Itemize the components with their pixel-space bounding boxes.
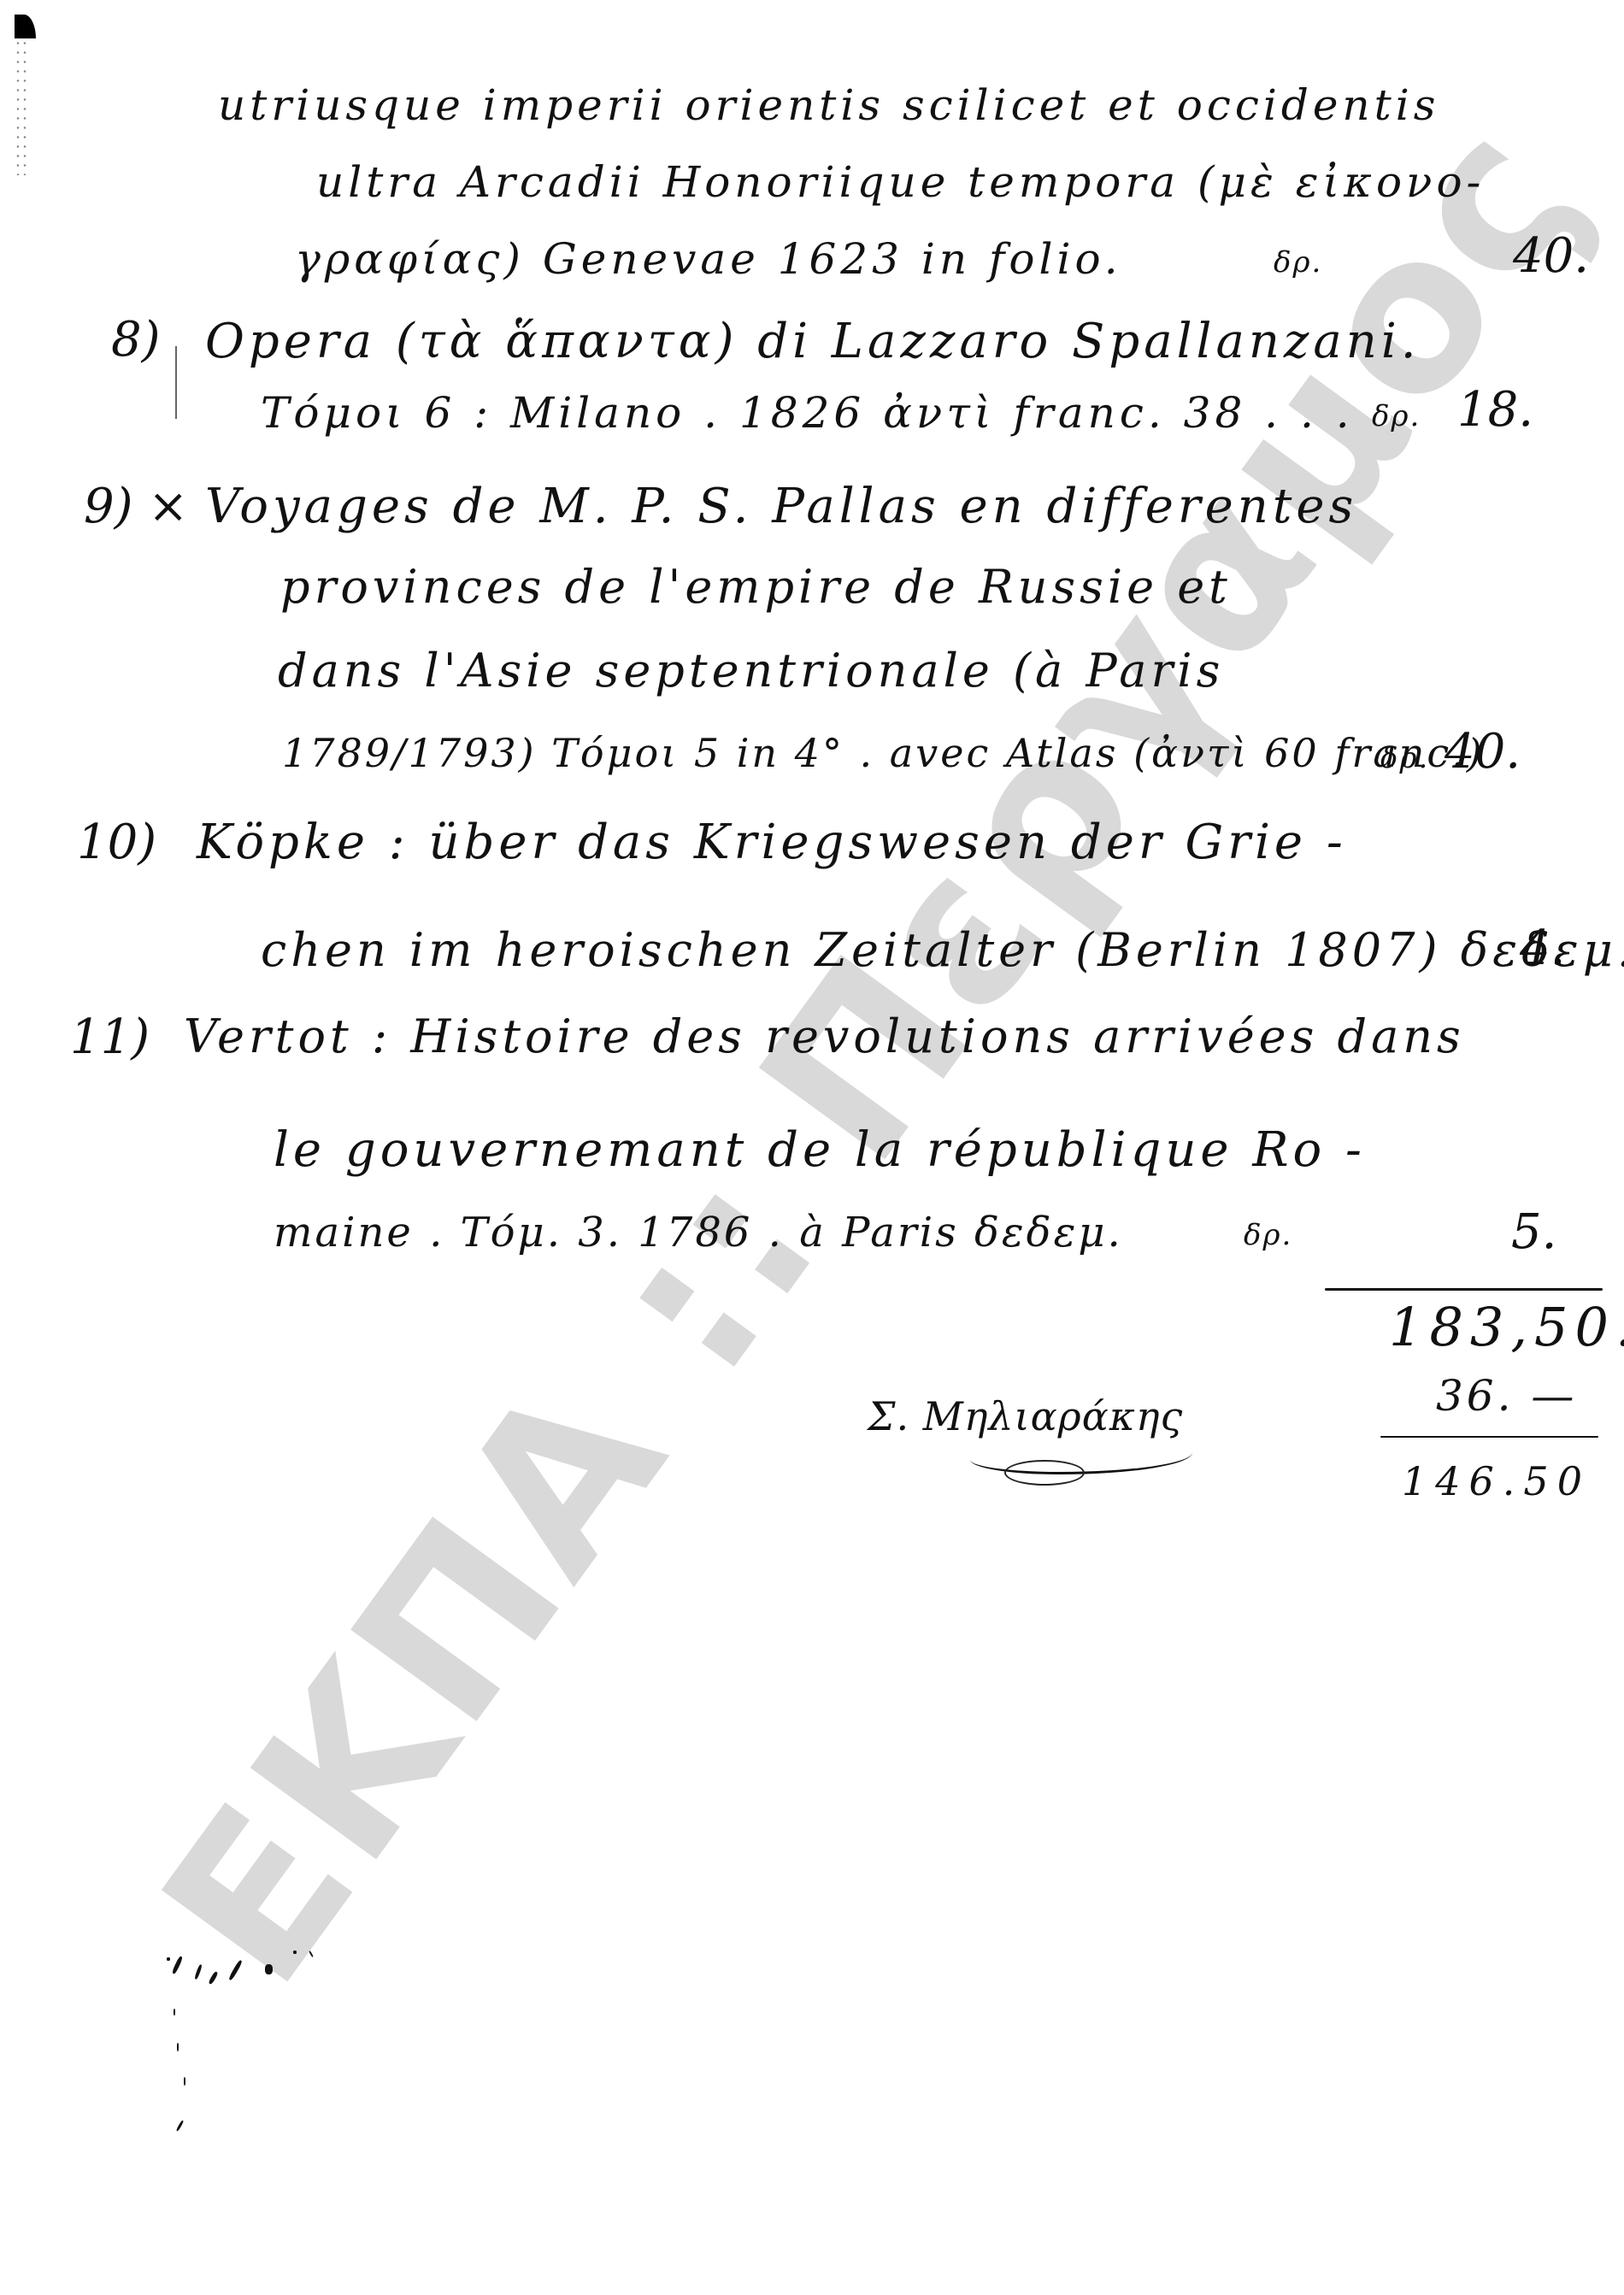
item-10-number: 10) — [77, 819, 156, 867]
line-9-text: 1789/1793) Τόμοι 5 in 4° . avec Atlas (ἀ… — [282, 733, 1485, 773]
item-9-title: Voyages de M. P. S. Pallas en differente… — [205, 483, 1357, 531]
sum-rule — [1325, 1288, 1603, 1291]
item-8-number: 8) — [111, 316, 160, 364]
line-11-amount: 4. — [1520, 925, 1565, 973]
signature-text: Σ. Μηλιαράκης — [868, 1393, 1183, 1439]
line-9-amount: 40. — [1445, 728, 1521, 776]
scan-edge-noise — [15, 38, 28, 175]
stray-ink-marks — [158, 1949, 329, 2154]
line-5-currency: δρ. — [1372, 402, 1421, 431]
line-3-text: γραφίας) Genevae 1623 in folio. — [295, 238, 1122, 280]
line-3-amount: 40. — [1513, 232, 1589, 280]
item-11-title: Vertot : Histoire des revolutions arrivé… — [184, 1014, 1465, 1060]
line-8-text: dans l'Asie septentrionale (à Paris — [278, 648, 1224, 694]
line-14-currency: δρ. — [1244, 1221, 1292, 1250]
line-2-text: ultra Arcadii Honoriique tempora (μὲ εἰκ… — [316, 161, 1485, 203]
line-13-text: le gouvernemant de la république Ro - — [274, 1127, 1366, 1174]
line-7-text: provinces de l'empire de Russie et — [280, 564, 1232, 610]
scan-corner-mark — [15, 15, 36, 38]
line-1-text: utriusque imperii orientis scilicet et o… — [218, 84, 1439, 127]
item-11-number: 11) — [70, 1014, 150, 1062]
line-3-currency: δρ. — [1274, 248, 1322, 277]
item-8-title: Opera (τὰ ἅπαντα) di Lazzaro Spallanzani… — [205, 318, 1421, 366]
signature: Σ. Μηλιαράκης — [868, 1393, 1183, 1439]
difference-rule — [1380, 1436, 1598, 1438]
line-14-amount: 5. — [1511, 1209, 1556, 1256]
total-amount: 146.50 — [1402, 1462, 1591, 1501]
item-9-number: 9) × — [84, 483, 188, 531]
line-9-currency: δρ. — [1380, 744, 1429, 773]
line-14-text: maine . Τόμ. 3. 1786 . à Paris δεδεμ. — [274, 1212, 1123, 1253]
item-10-title: Köpke : über das Kriegswesen der Grie - — [197, 819, 1347, 867]
line-5-text: Τόμοι 6 : Milano . 1826 ἀντὶ franc. 38 .… — [261, 391, 1354, 434]
document-page: ΕΚΠΑ :: Περγαμος utriusque imperii orien… — [0, 0, 1624, 2295]
margin-tick-mark — [175, 346, 177, 419]
line-11-text: chen im heroischen Zeitalter (Berlin 180… — [261, 927, 1624, 974]
line-5-amount: 18. — [1457, 386, 1533, 434]
signature-blot — [1004, 1460, 1085, 1486]
deduction-amount: 36. — — [1436, 1374, 1577, 1417]
subtotal-amount: 183,50. — [1389, 1301, 1624, 1354]
